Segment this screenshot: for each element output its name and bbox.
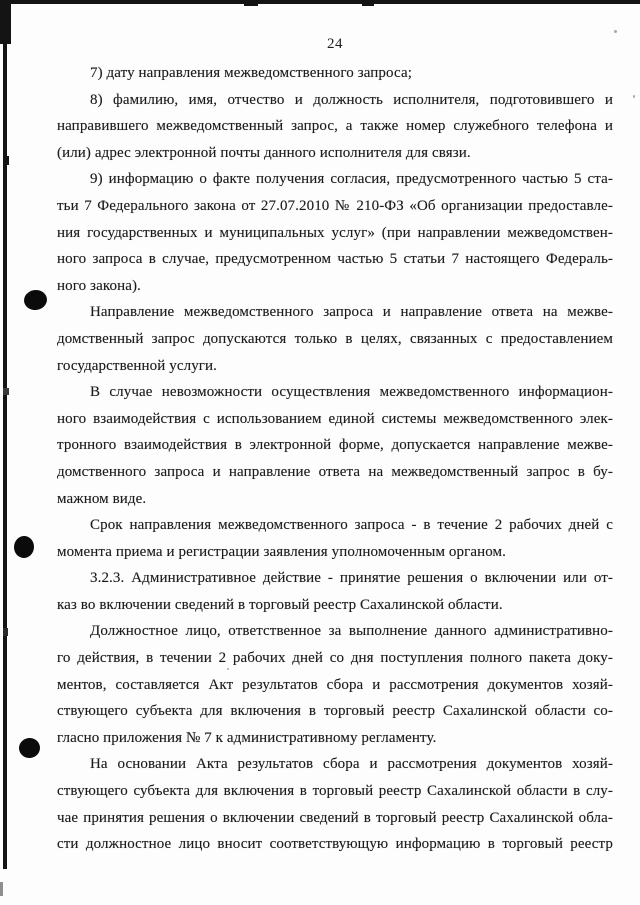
text-line: Срок направления межведомственного запро… [57, 512, 613, 539]
text-line: ния государственных и муниципальных услу… [57, 220, 613, 247]
scan-artifact-left-edge [3, 156, 9, 165]
text-line: Направление межведомственного запроса и … [57, 299, 613, 326]
text-line: тронного взаимодействия в электронной фо… [57, 432, 613, 459]
text-line: го действия, в течении 2 рабочих дней со… [57, 645, 613, 672]
text-line: домственный запрос допускаются только в … [57, 326, 613, 353]
text-line: тьи 7 Федерального закона от 27.07.2010 … [57, 193, 613, 220]
binding-hole-mark [18, 737, 40, 758]
scanned-document-page: 24 7) дату направления межведомственного… [0, 0, 640, 905]
paragraph: Должностное лицо, ответственное за выпол… [57, 618, 613, 751]
text-line: (или) адрес электронной почты данного ис… [57, 140, 613, 167]
document-body: 7) дату направления межведомственного за… [57, 60, 613, 858]
text-line: направившего межведомственный запрос, а … [57, 113, 613, 140]
page-number: 24 [57, 34, 613, 54]
scan-artifact-left-edge [0, 882, 3, 896]
text-line: 8) фамилию, имя, отчество и должность ис… [57, 87, 613, 114]
text-line: 7) дату направления межведомственного за… [57, 60, 613, 87]
scan-noise-speck [633, 95, 635, 98]
text-line: ствующего субъекта для включения в торго… [57, 698, 613, 725]
text-line: сти должностное лицо вносит соответствую… [57, 831, 613, 858]
text-line: ментов, составляется Акт результатов сбо… [57, 672, 613, 699]
text-line: мажном виде. [57, 486, 613, 513]
scan-artifact-left-edge [3, 0, 7, 869]
paragraph: 7) дату направления межведомственного за… [57, 60, 613, 87]
paragraph: 8) фамилию, имя, отчество и должность ис… [57, 87, 613, 167]
scan-noise-speck [614, 30, 617, 33]
text-line: ного закона). [57, 273, 613, 300]
binding-hole-mark [23, 288, 49, 311]
text-line: чае принятия решения о включении сведени… [57, 805, 613, 832]
paragraph: Направление межведомственного запроса и … [57, 299, 613, 379]
scan-artifact-left-edge [3, 628, 8, 636]
scan-artifact-top-tick [244, 0, 258, 6]
text-line: момента приема и регистрации заявления у… [57, 539, 613, 566]
text-line: каз во включении сведений в торговый рее… [57, 592, 613, 619]
scan-artifact-left-edge [3, 388, 9, 395]
text-line: государственной услуги. [57, 353, 613, 380]
paragraph: На основании Акта результатов сбора и ра… [57, 751, 613, 857]
binding-hole-mark [13, 535, 35, 559]
paragraph: 3.2.3. Административное действие - приня… [57, 565, 613, 618]
scan-artifact-top-tick [362, 0, 374, 6]
text-line: На основании Акта результатов сбора и ра… [57, 751, 613, 778]
text-line: домственного запроса и направление ответ… [57, 459, 613, 486]
text-line: 9) информацию о факте получения согласия… [57, 166, 613, 193]
text-line: гласно приложения № 7 к административном… [57, 725, 613, 752]
paragraph: Срок направления межведомственного запро… [57, 512, 613, 565]
scan-artifact-top-edge [0, 0, 640, 4]
text-line: В случае невозможности осуществления меж… [57, 379, 613, 406]
text-line: 3.2.3. Административное действие - приня… [57, 565, 613, 592]
text-line: ствующего субъекта для включения в торго… [57, 778, 613, 805]
text-line: Должностное лицо, ответственное за выпол… [57, 618, 613, 645]
text-line: ного запроса в случае, предусмотренном ч… [57, 246, 613, 273]
text-line: ного взаимодействия с использованием еди… [57, 406, 613, 433]
paragraph: В случае невозможности осуществления меж… [57, 379, 613, 512]
paragraph: 9) информацию о факте получения согласия… [57, 166, 613, 299]
